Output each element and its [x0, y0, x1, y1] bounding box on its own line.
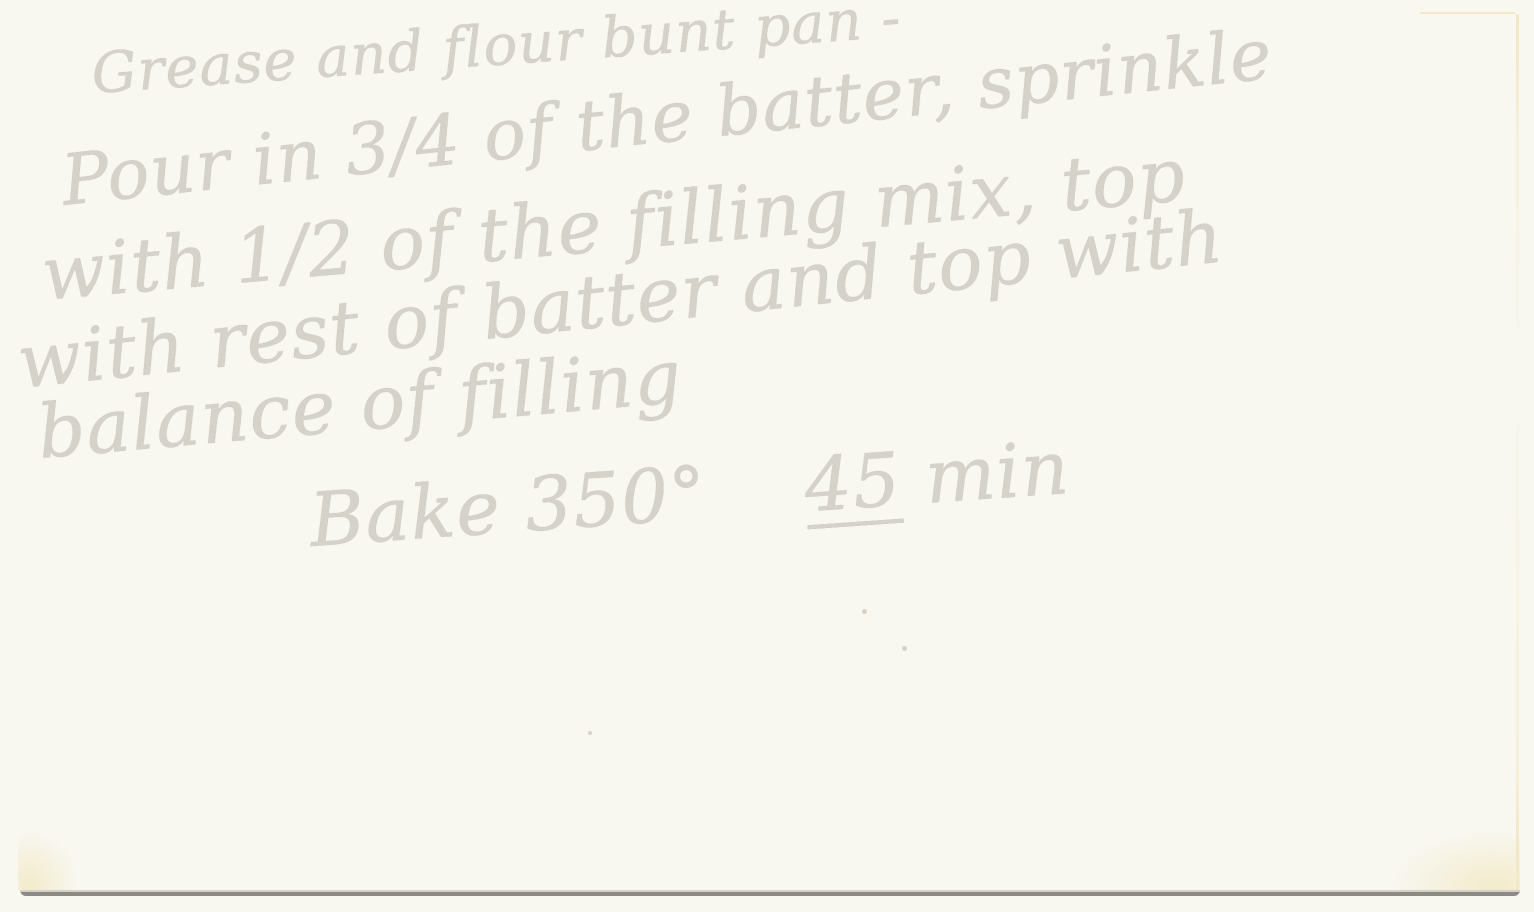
bake-time-value: 45: [802, 437, 904, 529]
paper-stain: [18, 830, 78, 890]
bake-temperature: 350°: [522, 450, 710, 549]
bake-label: Bake: [307, 465, 504, 564]
paper-speck: [588, 731, 592, 735]
card-bottom-edge: [20, 890, 1520, 896]
bake-time-unit: min: [922, 425, 1072, 521]
bake-instruction: Bake 350° 45 min: [307, 425, 1072, 564]
recipe-card: Grease and flour bunt pan - Pour in 3/4 …: [0, 0, 1534, 912]
paper-speck: [902, 646, 907, 651]
card-top-edge: [1420, 12, 1515, 14]
paper-stain: [1390, 830, 1520, 892]
card-right-edge: [1516, 14, 1519, 894]
paper-speck: [862, 609, 867, 614]
